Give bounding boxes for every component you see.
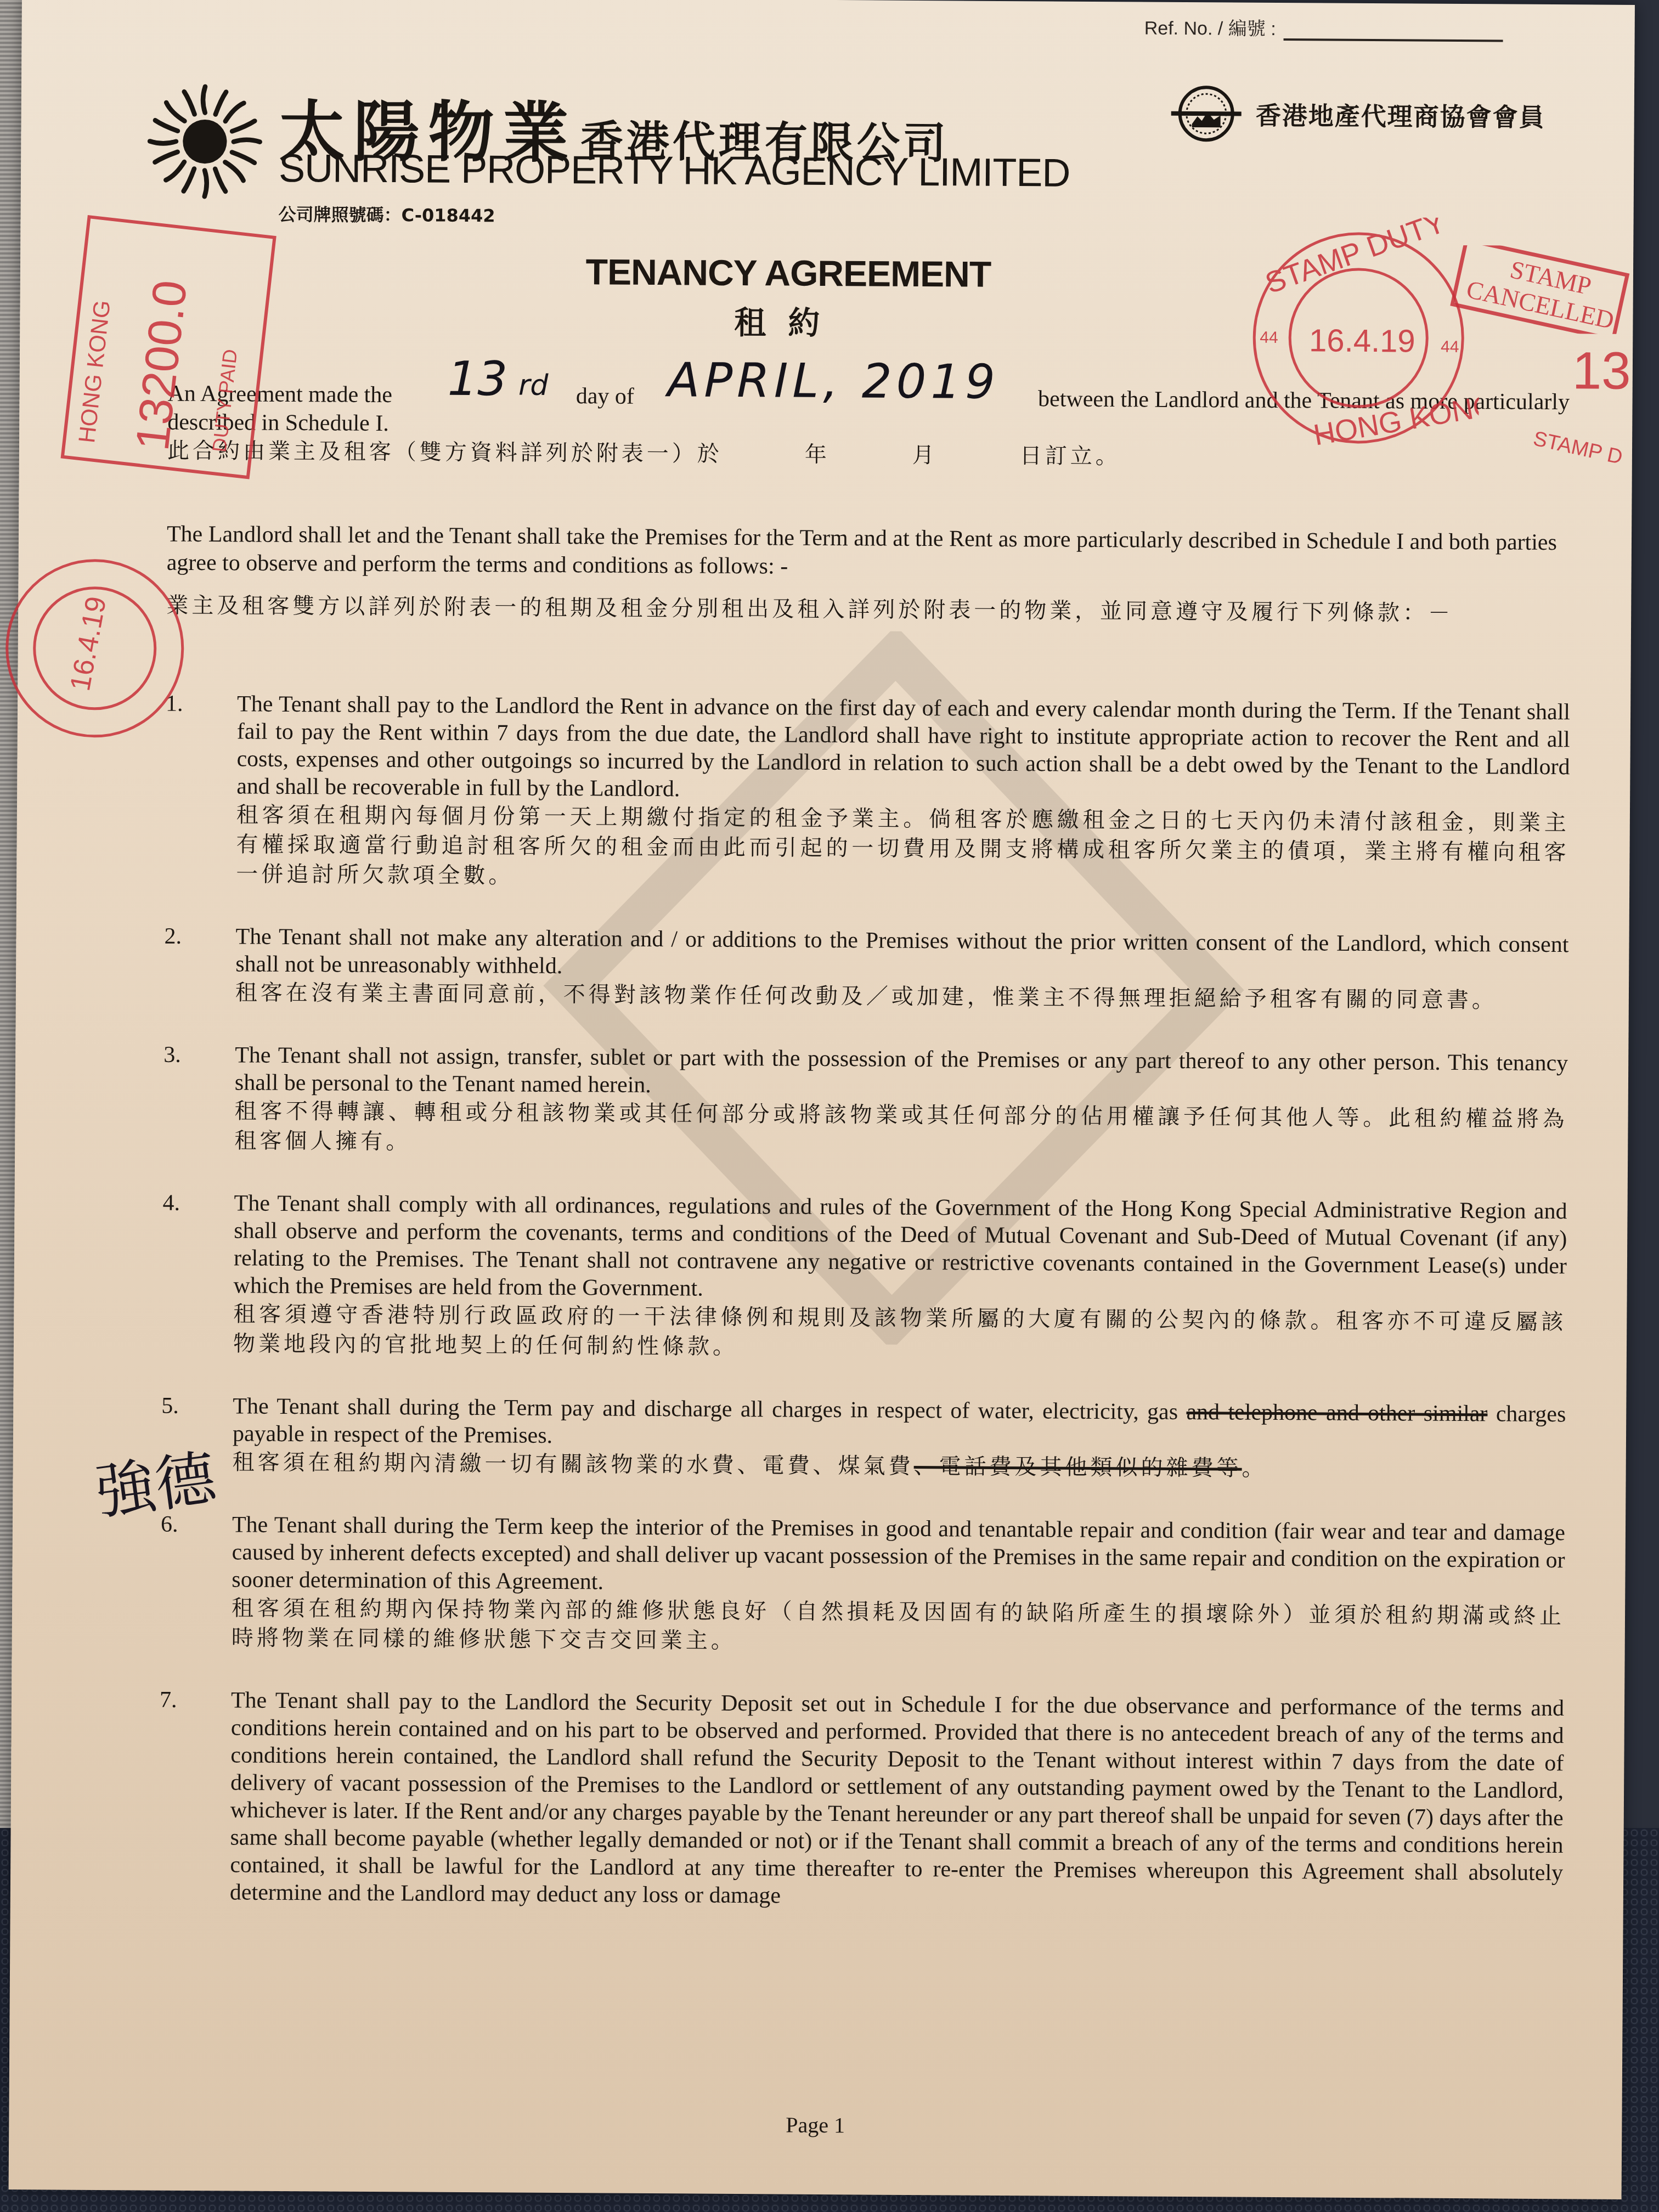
handwritten-month-year: APRIL, 2019 [667, 366, 1000, 397]
preamble: The Landlord shall let and the Tenant sh… [166, 520, 1571, 629]
svg-text:44: 44 [1260, 329, 1278, 347]
clause-number: 3. [163, 1041, 181, 1069]
svg-text:13: 13 [1572, 341, 1631, 400]
clause-text-zh: 租客須在租期內每個月份第一天上期繳付指定的租金予業主。倘租客於應繳租金之日的七天… [236, 800, 1570, 897]
stamp-cancelled: STAMP CANCELLED [1446, 245, 1633, 334]
clause-text-zh-kept: 租客須在租約期內清繳一切有關該物業的水費、電費、煤氣費 [233, 1449, 914, 1479]
clause-text-zh: 租客須在租約期內保持物業內部的維修狀態良好（自然損耗及因固有的缺陷所產生的損壞除… [232, 1593, 1565, 1661]
clause-text-zh: 租客不得轉讓、轉租或分租該物業或其任何部分或將該物業或其任何部分的佔用權讓予任何… [234, 1096, 1568, 1164]
clause-text-en: The Tenant shall not make any alteration… [235, 924, 1569, 979]
ref-field [1284, 24, 1503, 42]
clause-6: 6. The Tenant shall during the Term keep… [160, 1511, 1566, 1661]
intro-middle: day of [576, 383, 634, 409]
intro-zh-day: 日訂立。 [1020, 443, 1121, 469]
clause-7: 7. The Tenant shall pay to the Landlord … [159, 1686, 1564, 1915]
svg-text:HONG KONG: HONG KONG [1311, 388, 1480, 452]
sun-logo-icon [147, 83, 263, 199]
stamp-duty-edge: 13 STAMP D [1522, 334, 1633, 477]
document-page: Ref. No. / 編號 : 太陽物業 香港代理有限公司 SUNRISE PR… [9, 0, 1635, 2199]
handwritten-initials: 強德 [92, 1447, 219, 1523]
clause-list: 1. The Tenant shall pay to the Landlord … [158, 690, 1570, 1949]
duty-paid-stamp: HONG KONG 13200.0 DUTY PAID [52, 215, 284, 490]
clause-text-zh: 租客須遵守香港特別行政區政府的一干法律條例和規則及該物業所屬的大廈有關的公契內的… [233, 1299, 1567, 1367]
svg-text:16.4.19: 16.4.19 [1309, 323, 1415, 359]
intro-zh-year: 年 [805, 442, 830, 467]
intro-zh-month: 月 [912, 443, 938, 468]
clause-text-en: The Tenant shall pay to the Landlord the… [236, 691, 1570, 802]
svg-text:16.4.19: 16.4.19 [64, 594, 112, 693]
preamble-en: The Landlord shall let and the Tenant sh… [167, 520, 1572, 586]
ref-label: Ref. No. / 編號 : [1144, 13, 1276, 41]
clause-4: 4. The Tenant shall comply with all ordi… [162, 1189, 1567, 1367]
clause-number: 4. [162, 1189, 180, 1217]
struck-text-en: and telephone and other similar [1186, 1400, 1487, 1426]
struck-text-zh: 、電話費及其他類似的雜費等 [914, 1454, 1242, 1481]
clause-text-zh-tail: 。 [1242, 1456, 1267, 1481]
clause-number: 2. [164, 923, 182, 950]
association-text: 香港地產代理商協會會員 [1256, 96, 1545, 134]
clause-text-zh: 租客須在租約期內清繳一切有關該物業的水費、電費、煤氣費、電話費及其他類似的雜費等… [233, 1447, 1566, 1485]
clause-3: 3. The Tenant shall not assign, transfer… [163, 1041, 1568, 1164]
date-stamp-left: 16.4.19 [0, 533, 194, 764]
handwritten-day: 13 [447, 365, 507, 394]
clause-5: 5. The Tenant shall during the Term pay … [161, 1392, 1566, 1486]
licence-number: 公司牌照號碼：C-018442 [278, 201, 495, 227]
svg-text:DUTY PAID: DUTY PAID [208, 348, 242, 453]
handwritten-day-suffix: rd [518, 371, 549, 400]
company-name-en: SUNRISE PROPERTY HK AGENCY LIMITED [279, 146, 1070, 196]
clause-text-en-kept: The Tenant shall during the Term pay and… [233, 1393, 1178, 1425]
preamble-zh: 業主及租客雙方以詳列於附表一的租期及租金分別租出及租入詳列於附表一的物業，並同意… [166, 591, 1571, 629]
clause-text-en: The Tenant shall during the Term keep th… [232, 1512, 1565, 1594]
svg-text:STAMP D: STAMP D [1531, 427, 1625, 469]
clause-text-en: The Tenant shall not assign, transfer, s… [235, 1042, 1568, 1098]
association-membership: 香港地產代理商協會會員 [1167, 83, 1545, 146]
clause-text-en: The Tenant shall comply with all ordinan… [234, 1190, 1567, 1301]
clause-1: 1. The Tenant shall pay to the Landlord … [165, 690, 1570, 898]
clause-number: 5. [161, 1392, 179, 1420]
clause-2: 2. The Tenant shall not make any alterat… [164, 923, 1569, 1016]
clause-text-zh: 租客在沒有業主書面同意前，不得對該物業作任何改動及／或加建，惟業主不得無理拒絕給… [235, 978, 1568, 1015]
reference-number: Ref. No. / 編號 : [1144, 13, 1503, 42]
clause-number: 7. [160, 1686, 177, 1714]
svg-text:44: 44 [1441, 338, 1459, 356]
clause-text-en: The Tenant shall pay to the Landlord the… [230, 1688, 1564, 1908]
association-logo-icon [1167, 83, 1245, 144]
page-number: Page 1 [9, 2107, 1622, 2143]
date-stamp-right: 16.4.19 44 44 STAMP DUTY HONG KONG [1237, 217, 1480, 460]
svg-text:HONG KONG: HONG KONG [74, 299, 115, 444]
svg-text:13200.0: 13200.0 [126, 278, 197, 453]
